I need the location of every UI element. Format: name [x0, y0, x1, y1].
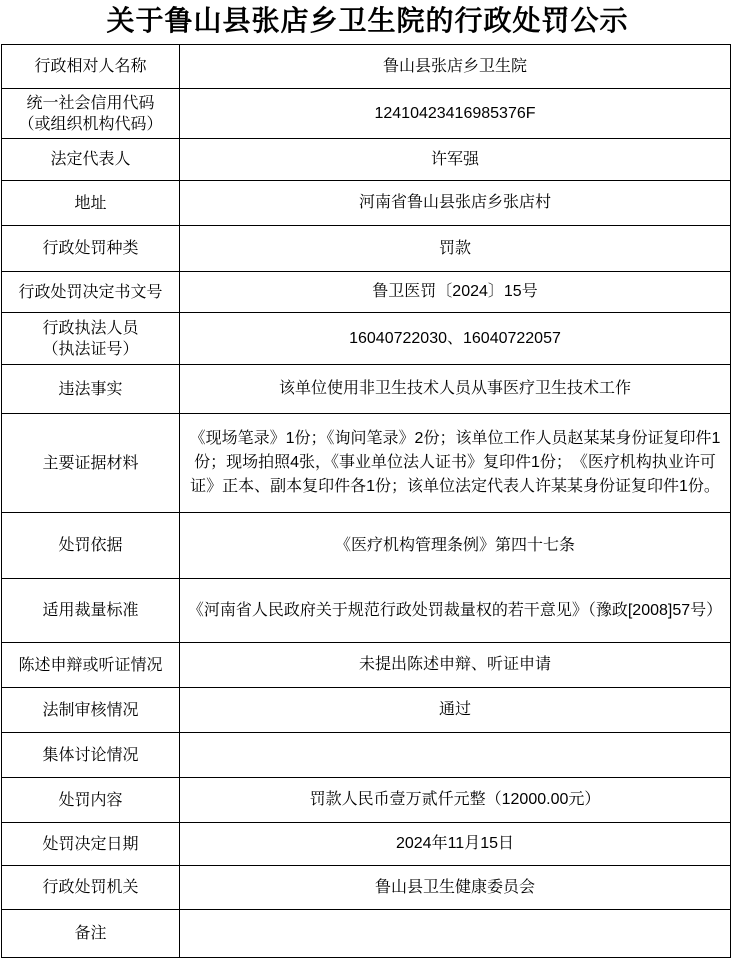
value-violation-facts: 该单位使用非卫生技术人员从事医疗卫生技术工作	[180, 365, 731, 414]
row-address: 地址 河南省鲁山县张店乡张店村	[2, 181, 731, 226]
value-enforcement-officers: 16040722030、16040722057	[180, 313, 731, 365]
value-decision-date: 2024年11月15日	[180, 823, 731, 866]
row-violation-facts: 违法事实 该单位使用非卫生技术人员从事医疗卫生技术工作	[2, 365, 731, 414]
label-legal-review: 法制审核情况	[2, 688, 180, 733]
label-collective-discussion: 集体讨论情况	[2, 733, 180, 778]
label-violation-facts: 违法事实	[2, 365, 180, 414]
row-legal-review: 法制审核情况 通过	[2, 688, 731, 733]
row-legal-representative: 法定代表人 许军强	[2, 139, 731, 181]
value-penalty-type: 罚款	[180, 226, 731, 272]
row-penalty-authority: 行政处罚机关 鲁山县卫生健康委员会	[2, 866, 731, 910]
label-remarks: 备注	[2, 910, 180, 958]
label-evidence-materials: 主要证据材料	[2, 414, 180, 513]
page-title: 关于鲁山县张店乡卫生院的行政处罚公示	[0, 0, 735, 44]
row-credit-code: 统一社会信用代码 （或组织机构代码） 12410423416985376F	[2, 89, 731, 139]
value-credit-code: 12410423416985376F	[180, 89, 731, 139]
value-decision-number: 鲁卫医罚〔2024〕15号	[180, 272, 731, 313]
row-decision-number: 行政处罚决定书文号 鲁卫医罚〔2024〕15号	[2, 272, 731, 313]
value-discretion-standard: 《河南省人民政府关于规范行政处罚裁量权的若干意见》（豫政[2008]57号）	[180, 579, 731, 643]
value-legal-review: 通过	[180, 688, 731, 733]
row-penalty-basis: 处罚依据 《医疗机构管理条例》第四十七条	[2, 513, 731, 579]
row-entity-name: 行政相对人名称 鲁山县张店乡卫生院	[2, 45, 731, 89]
value-address: 河南省鲁山县张店乡张店村	[180, 181, 731, 226]
label-discretion-standard: 适用裁量标准	[2, 579, 180, 643]
row-decision-date: 处罚决定日期 2024年11月15日	[2, 823, 731, 866]
row-collective-discussion: 集体讨论情况	[2, 733, 731, 778]
row-evidence-materials: 主要证据材料 《现场笔录》1份；《询问笔录》2份；该单位工作人员赵某某身份证复印…	[2, 414, 731, 513]
value-collective-discussion	[180, 733, 731, 778]
value-legal-representative: 许军强	[180, 139, 731, 181]
label-penalty-content: 处罚内容	[2, 778, 180, 823]
label-penalty-basis: 处罚依据	[2, 513, 180, 579]
label-decision-date: 处罚决定日期	[2, 823, 180, 866]
value-entity-name: 鲁山县张店乡卫生院	[180, 45, 731, 89]
label-legal-representative: 法定代表人	[2, 139, 180, 181]
label-statement-hearing: 陈述申辩或听证情况	[2, 643, 180, 688]
page: 关于鲁山县张店乡卫生院的行政处罚公示 行政相对人名称 鲁山县张店乡卫生院 统一社…	[0, 0, 735, 959]
label-penalty-type: 行政处罚种类	[2, 226, 180, 272]
value-statement-hearing: 未提出陈述申辩、听证申请	[180, 643, 731, 688]
value-penalty-basis: 《医疗机构管理条例》第四十七条	[180, 513, 731, 579]
value-penalty-content: 罚款人民币壹万贰仟元整（12000.00元）	[180, 778, 731, 823]
penalty-table: 行政相对人名称 鲁山县张店乡卫生院 统一社会信用代码 （或组织机构代码） 124…	[1, 44, 731, 958]
label-credit-code: 统一社会信用代码 （或组织机构代码）	[2, 89, 180, 139]
value-penalty-authority: 鲁山县卫生健康委员会	[180, 866, 731, 910]
label-penalty-authority: 行政处罚机关	[2, 866, 180, 910]
row-remarks: 备注	[2, 910, 731, 958]
row-enforcement-officers: 行政执法人员 （执法证号） 16040722030、16040722057	[2, 313, 731, 365]
value-remarks	[180, 910, 731, 958]
value-evidence-materials: 《现场笔录》1份；《询问笔录》2份；该单位工作人员赵某某身份证复印件1份；现场拍…	[180, 414, 731, 513]
row-statement-hearing: 陈述申辩或听证情况 未提出陈述申辩、听证申请	[2, 643, 731, 688]
label-decision-number: 行政处罚决定书文号	[2, 272, 180, 313]
row-penalty-type: 行政处罚种类 罚款	[2, 226, 731, 272]
label-entity-name: 行政相对人名称	[2, 45, 180, 89]
row-discretion-standard: 适用裁量标准 《河南省人民政府关于规范行政处罚裁量权的若干意见》（豫政[2008…	[2, 579, 731, 643]
label-address: 地址	[2, 181, 180, 226]
label-enforcement-officers: 行政执法人员 （执法证号）	[2, 313, 180, 365]
row-penalty-content: 处罚内容 罚款人民币壹万贰仟元整（12000.00元）	[2, 778, 731, 823]
